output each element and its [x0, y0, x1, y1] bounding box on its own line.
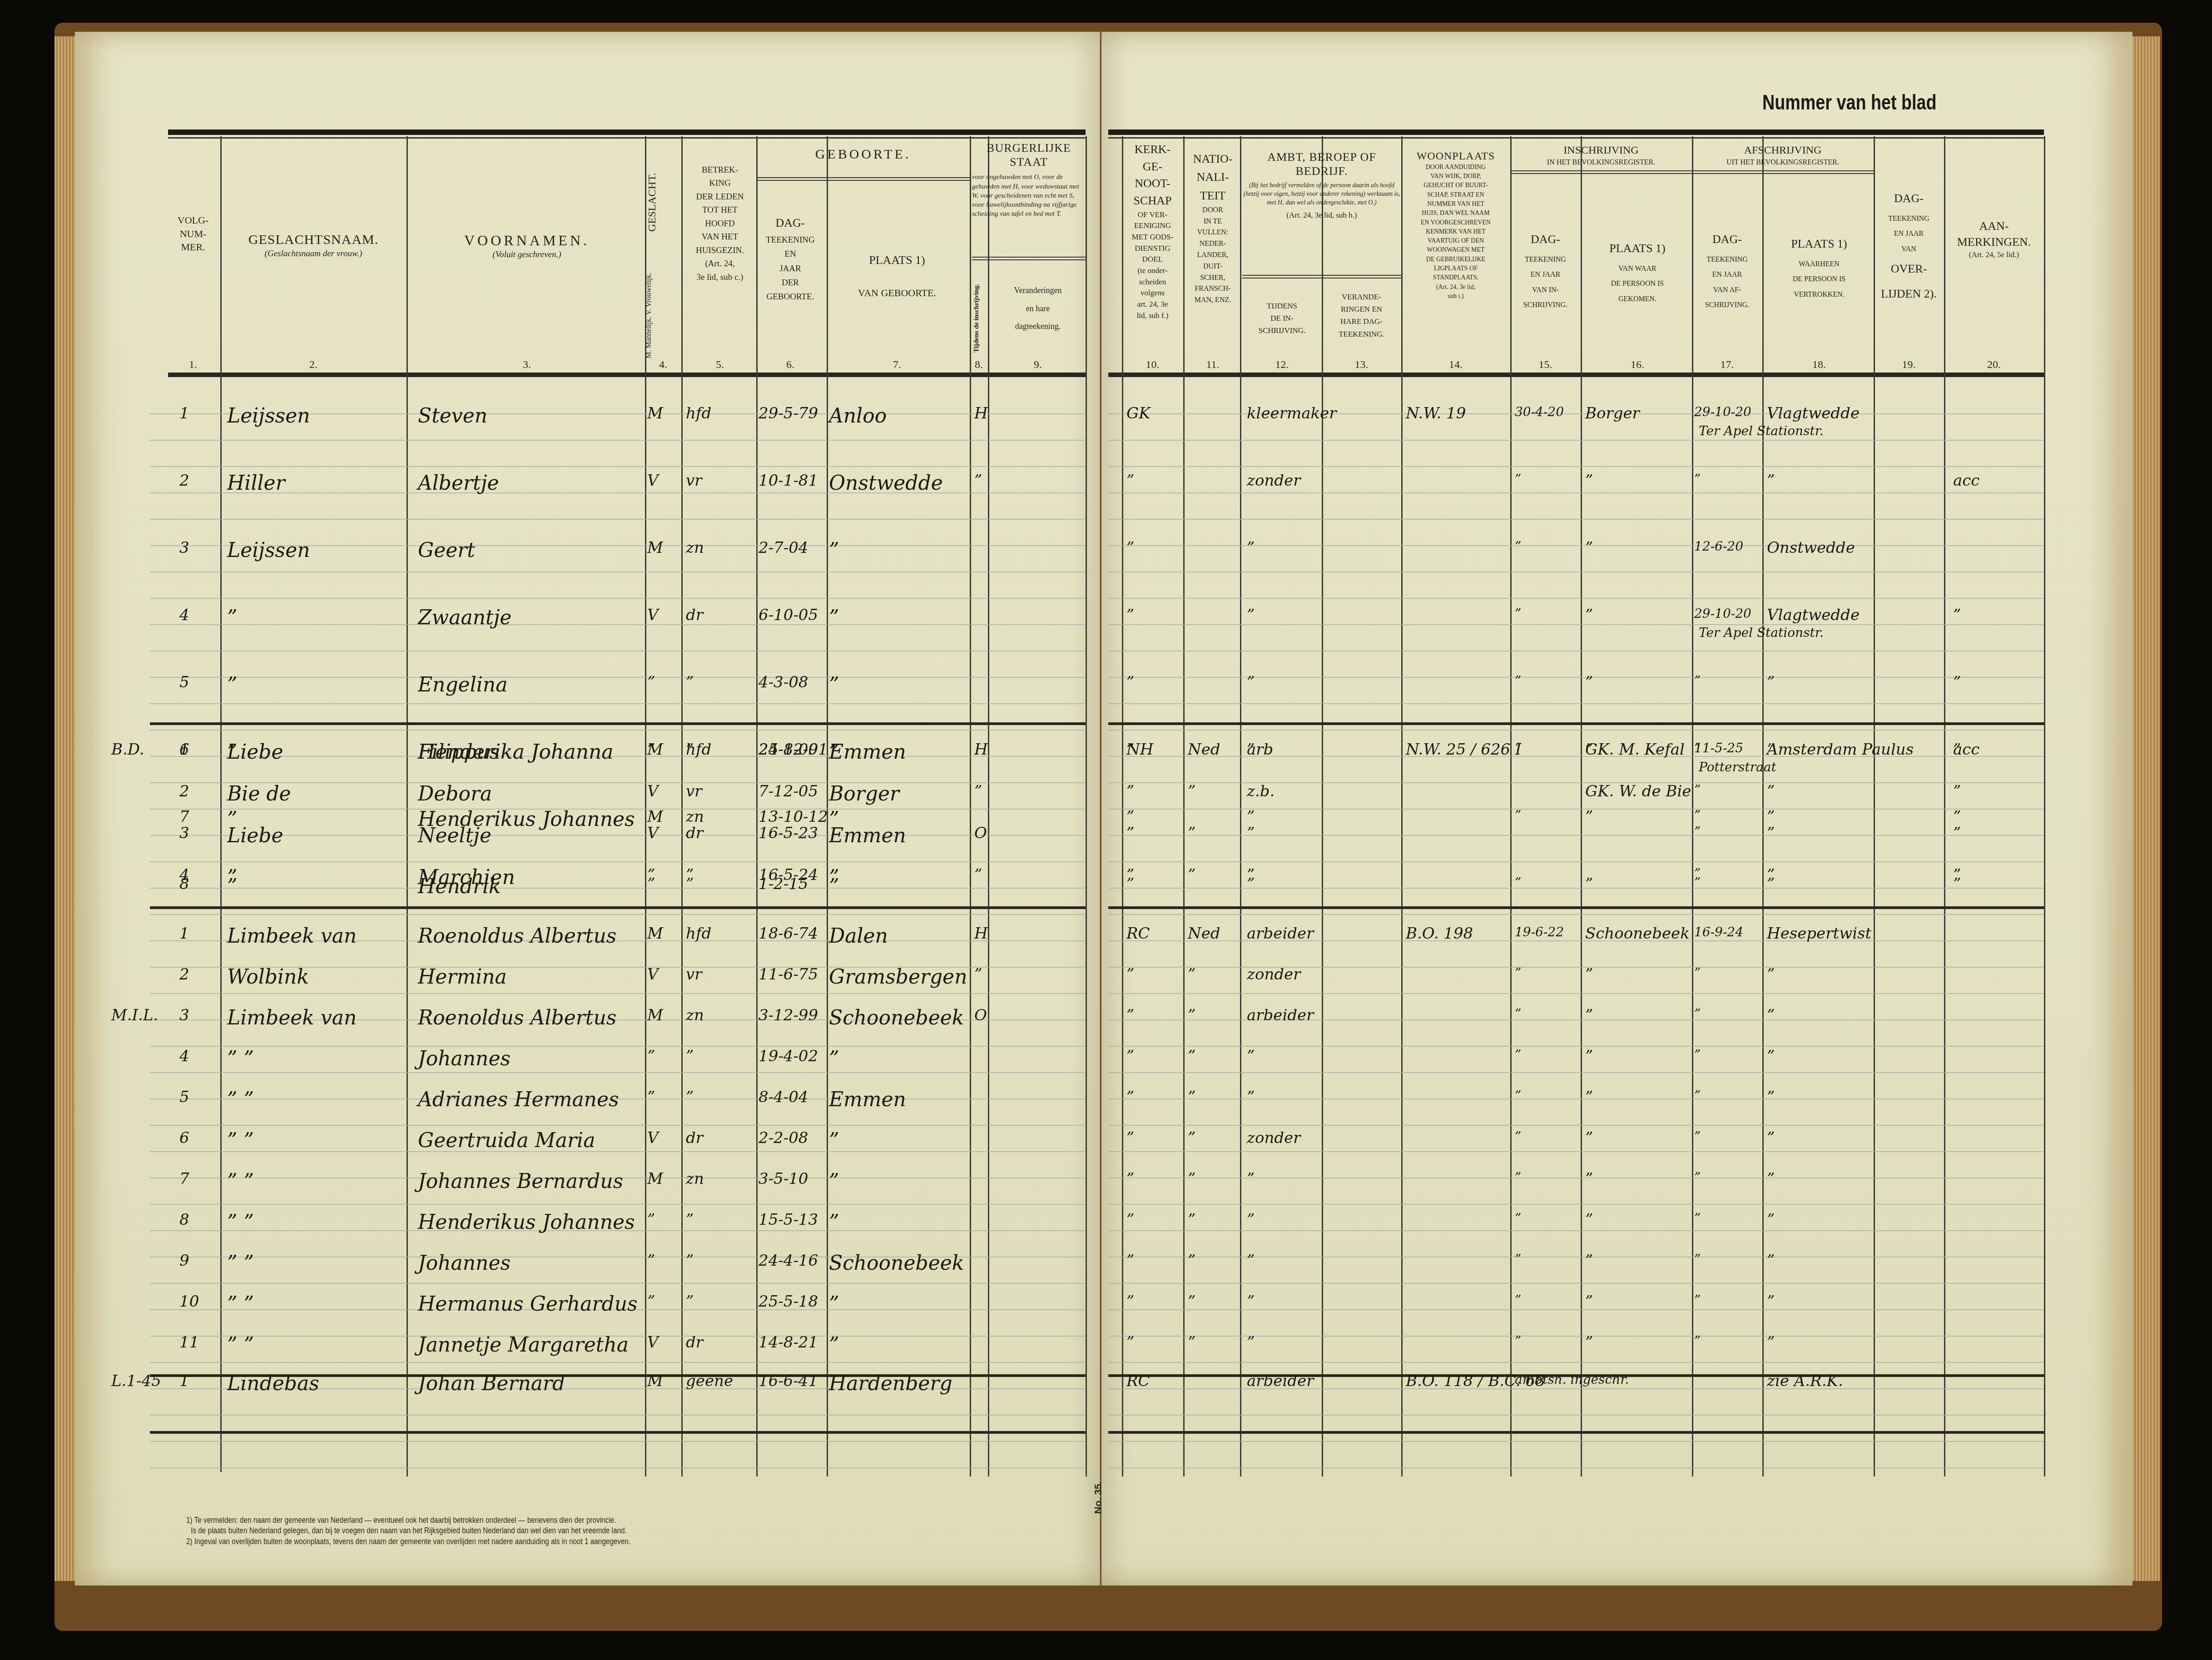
col-header-volgnummer: VOLG-NUM-MER. [168, 214, 218, 254]
entry-address: N.W. 19 [1406, 404, 1466, 422]
entry-church: ” [1126, 673, 1134, 691]
entry-out-to: ” [1767, 808, 1775, 826]
entry-nat: ” [1188, 1170, 1195, 1188]
col-header-tijdens-inschrijving: Tijdens de inschrijving. [972, 282, 987, 354]
entry-nat: Ned [1188, 924, 1220, 943]
ruling-line [1108, 598, 2044, 599]
col-header-inschrijving-plaats: PLAATS 1)VAN WAARDE PERSOON ISGEKOMEN. [1583, 236, 1692, 307]
entry-remarks: acc [1953, 472, 1979, 490]
entry-place: Emmen [829, 824, 906, 847]
column-number-c4: 4. [645, 359, 681, 371]
col-header-veranderingen: Veranderingenen haredagteekening. [990, 282, 1086, 336]
entry-born: 6-10-05 [759, 606, 818, 624]
entry-church: ” [1126, 1292, 1134, 1311]
ruling-line [1108, 1204, 2044, 1205]
col-header-geboorte-datum: DAG-TEEKENINGENJAARDERGEBOORTE. [756, 214, 824, 304]
entry-rel: dr [686, 1129, 703, 1147]
entry-rel: ” [686, 673, 694, 691]
ruling-line [1108, 730, 2044, 731]
entry-place: Borger [829, 782, 899, 805]
ruling-line [150, 1125, 1086, 1126]
column-divider [1401, 136, 1403, 1476]
entry-out-to: ” [1767, 472, 1775, 490]
entry-nr: 5 [179, 1088, 189, 1106]
entry-given: Johannes Bernardus [418, 1170, 623, 1193]
group-header-afschrijving: AFSCHRIJVING UIT HET BEVOLKINGSREGISTER. [1692, 143, 1874, 168]
column-divider [1510, 136, 1512, 1476]
entry-out-to: ” [1767, 1211, 1775, 1229]
entry-church: ” [1126, 1047, 1134, 1065]
entry-out-date: ” [1694, 1333, 1701, 1348]
entry-surname: ” ” [227, 1047, 254, 1070]
entry-born: 13-10-12 [759, 808, 828, 826]
entry-out-date: ” [1694, 965, 1701, 980]
entry-sex: M [647, 1170, 663, 1188]
entry-out-date: ” [1694, 1088, 1701, 1103]
entry-civil: ” [974, 965, 982, 984]
household-separator [1108, 1431, 2044, 1434]
entry-nr: 11 [179, 1333, 199, 1352]
column-number-c2: 2. [223, 359, 404, 371]
entry-given: Debora [418, 782, 492, 805]
sheet-number-label: Nummer van het blad [1762, 90, 1937, 114]
household-separator [150, 722, 1086, 725]
entry-church: ” [1126, 1211, 1134, 1229]
entry-church: ” [1126, 866, 1134, 884]
entry-church: ” [1126, 472, 1134, 490]
entry-remarks: ” [1953, 808, 1961, 826]
entry-place: ” [829, 1129, 839, 1152]
column-number-c1: 1. [168, 359, 218, 371]
ruling-line [150, 677, 1086, 678]
entry-given: Marchien [418, 866, 515, 889]
entry-given: Albertje [418, 472, 499, 495]
entry-in-from: ” [1585, 1211, 1593, 1229]
entry-church: ” [1126, 1333, 1134, 1352]
entry-rel: vr [686, 472, 702, 490]
entry-out-date: 12-6-20 [1694, 539, 1743, 554]
entry-nr: 3 [179, 824, 189, 842]
entry-job: ” [1247, 866, 1255, 884]
entry-nr: 1 [179, 924, 189, 943]
ruling-line [150, 519, 1086, 520]
entry-place: ” [829, 1211, 839, 1234]
entry-in-date: ” [1515, 673, 1521, 688]
entry-born: 3-5-10 [759, 1170, 808, 1188]
entry-church: ” [1126, 808, 1134, 826]
ruling-line [150, 888, 1086, 889]
group-header-ambt-beroep: AMBT, BEROEP OF BEDRIJF. (Bij het bedrij… [1242, 150, 1401, 221]
entry-nr: 2 [179, 965, 189, 984]
entry-rel: dr [686, 824, 703, 842]
col-header-geslachtsnaam: GESLACHTSNAAM. (Geslachtsnaam der vrouw.… [223, 232, 404, 260]
col-header-overlijden: DAG-TEEKENINGEN JAARVANOVER-LIJDEN 2). [1874, 186, 1944, 307]
entry-job: ” [1247, 1211, 1255, 1229]
column-divider [1762, 136, 1764, 1476]
entry-out-to: Vlagtwedde [1767, 606, 1860, 624]
ruling-line [1108, 1151, 2044, 1152]
entry-in-from: ” [1585, 472, 1593, 490]
entry-civil: H [974, 741, 988, 759]
column-number-c3: 3. [409, 359, 645, 371]
entry-sex: ” [647, 866, 655, 884]
column-divider [1086, 136, 1087, 1476]
column-divider [1240, 136, 1241, 1476]
entry-nr: 1 [179, 741, 189, 759]
column-divider [1183, 136, 1185, 1476]
column-number-c9: 9. [990, 359, 1086, 371]
entry-sex: V [647, 1333, 659, 1352]
entry-out-to: ” [1767, 824, 1775, 842]
entry-born: 19-4-02 [759, 1047, 818, 1065]
ruling-line [1108, 993, 2044, 994]
entry-church: ” [1126, 1129, 1134, 1147]
col-header-aanmerkingen: AAN-MERKINGEN.(Art. 24, 5e lid.) [1944, 218, 2044, 260]
entry-born: 25-12-01 [759, 741, 828, 759]
entry-job: ” [1247, 1088, 1255, 1106]
entry-church: RC [1126, 1372, 1150, 1390]
entry-nr: 2 [179, 782, 189, 800]
entry-out-date: ” [1694, 1252, 1701, 1267]
entry-in-from: Schoonebeek [1585, 924, 1690, 943]
entry-surname: Limbeek van [227, 1006, 357, 1029]
entry-in-date: ” [1515, 539, 1521, 554]
column-divider [1874, 136, 1875, 1476]
entry-job: ” [1247, 1252, 1255, 1270]
entry-nr: 9 [179, 1252, 189, 1270]
entry-sex: M [647, 404, 663, 422]
ruling-line [150, 861, 1086, 862]
ruling-line [150, 703, 1086, 704]
entry-rel: hfd [686, 741, 711, 759]
column-number-c6: 6. [756, 359, 824, 371]
column-divider [970, 136, 971, 1476]
entry-out-date: ” [1694, 808, 1701, 823]
entry-out-date: ” [1694, 472, 1701, 487]
entry-sex: V [647, 782, 659, 800]
entry-given: Johan Bernard [418, 1372, 565, 1395]
entry-church: ” [1126, 782, 1134, 800]
ruling-line [150, 624, 1086, 625]
entry-out-to: zie A.R.K. [1767, 1372, 1843, 1390]
entry-rel: hfd [686, 924, 711, 943]
entry-given: Steven [418, 404, 487, 427]
entry-surname: ” [227, 673, 238, 696]
entry-surname: ” ” [227, 1170, 254, 1193]
entry-church: ” [1126, 1170, 1134, 1188]
column-number-c8: 8. [970, 359, 988, 371]
entry-in-from: GK. M. Kefal [1585, 741, 1685, 759]
entry-sex: V [647, 1129, 659, 1147]
page-edge-left [55, 36, 75, 1581]
entry-rel: dr [686, 606, 703, 624]
entry-job: arb [1247, 741, 1273, 759]
column-number-c10: 10. [1122, 359, 1183, 371]
entry-place: ” [829, 673, 839, 696]
entry-surname: ” ” [227, 1292, 254, 1316]
entry-sex: M [647, 924, 663, 943]
footnotes: 1) Te vermelden: den naam der gemeente v… [186, 1515, 630, 1547]
entry-remarks: acc [1953, 741, 1979, 759]
column-number-c11: 11. [1185, 359, 1240, 371]
entry-rel: ” [686, 1292, 694, 1311]
entry-out-date: ” [1694, 1292, 1701, 1307]
entry-in-from: ” [1585, 1333, 1593, 1352]
col-header-geslacht: GESLACHT. [645, 154, 659, 250]
entry-place: Hardenberg [829, 1372, 952, 1395]
entry-surname: ” ” [227, 1211, 254, 1234]
entry-out-date: 29-10-20 [1694, 404, 1751, 419]
column-number-c5: 5. [684, 359, 756, 371]
entry-rel: zn [686, 808, 704, 826]
column-divider [1581, 136, 1582, 1476]
col-header-betrekking: BETREK-KINGDER LEDENTOT HETHOOFDVAN HETH… [684, 164, 756, 284]
entry-sex: ” [647, 673, 655, 691]
entry-job: ” [1247, 606, 1255, 624]
entry-surname: ” ” [227, 1129, 254, 1152]
ruling-line [150, 1204, 1086, 1205]
entry-rel: ” [686, 1088, 694, 1106]
page-edge-right [2133, 36, 2160, 1581]
entry-sex: ” [647, 1252, 655, 1270]
column-number-c7: 7. [827, 359, 967, 371]
entry-born: 15-5-13 [759, 1211, 818, 1229]
entry-out-to: ” [1767, 1088, 1775, 1106]
entry-in-from: ” [1585, 1252, 1593, 1270]
entry-church: GK [1126, 404, 1151, 422]
entry-out-date: ” [1694, 1047, 1701, 1062]
burgerlijke-subrule [972, 257, 1086, 260]
ruling-line [150, 598, 1086, 599]
household-margin-code: M.I.L. [111, 1006, 158, 1024]
entry-place: ” [829, 866, 839, 889]
entry-in-date: ” [1515, 1088, 1521, 1103]
entry-born: 14-8-21 [759, 1333, 818, 1352]
entry-job: ” [1247, 1170, 1255, 1188]
ruling-line [1108, 914, 2044, 915]
col-header-woonplaats: WOONPLAATS DOOR AANDUIDINGVAN WIJK, DORP… [1401, 150, 1510, 301]
entry-in-from: ” [1585, 1292, 1593, 1311]
entry-sex: V [647, 824, 659, 842]
entry-given: Geertruida Maria [418, 1129, 595, 1152]
entry-born: 18-6-74 [759, 924, 818, 943]
entry-civil: ” [974, 866, 982, 884]
ruling-line [150, 651, 1086, 651]
entry-given: Filippus [418, 741, 500, 764]
entry-in-from: ” [1585, 1088, 1593, 1106]
entry-place: ” [829, 539, 839, 562]
entry-out-to: Vlagtwedde [1767, 404, 1860, 422]
entry-born: 16-6-41 [759, 1372, 818, 1390]
entry-job: ” [1247, 1047, 1255, 1065]
entry-surname: Liebe [227, 741, 283, 764]
ruling-line [150, 572, 1086, 572]
entry-nat: ” [1188, 1129, 1195, 1147]
entry-surname: ” [227, 606, 238, 629]
household-separator [150, 1431, 1086, 1434]
col-header-ambt-veranderingen: VERANDE-RINGEN ENHARE DAG-TEEKENING. [1322, 291, 1401, 340]
ruling-line [1108, 1362, 2044, 1363]
entry-place: Anloo [829, 404, 887, 427]
entry-sex: M [647, 808, 663, 826]
entry-surname: Hiller [227, 472, 285, 495]
entry-in-date: ambtsh. ingeschr. [1515, 1372, 1629, 1387]
entry-out-to: ” [1767, 1129, 1775, 1147]
entry-born: 16-5-23 [759, 824, 818, 842]
entry-given: Zwaantje [418, 606, 511, 629]
entry-rel: zn [686, 1170, 704, 1188]
entry-out-to: Onstwedde [1767, 539, 1855, 557]
ruling-line [150, 1467, 1086, 1468]
entry-civil: H [974, 924, 988, 943]
entry-civil: ” [974, 782, 982, 800]
entry-sex: M [647, 1372, 663, 1390]
entry-out-date: 11-5-25 [1694, 741, 1743, 755]
entry-born: 10-1-81 [759, 472, 818, 490]
entry-in-from: ” [1585, 808, 1593, 826]
entry-nr: 3 [179, 539, 189, 557]
entry-civil: ” [974, 472, 982, 490]
entry-out-to: ” [1767, 1170, 1775, 1188]
entry-job: kleermaker [1247, 404, 1336, 422]
entry-sex: M [647, 741, 663, 759]
entry-church: ” [1126, 824, 1134, 842]
entry-in-date: ” [1515, 1211, 1521, 1226]
ruling-line [1108, 466, 2044, 467]
ruling-line [1108, 1441, 2044, 1442]
entry-nat: ” [1188, 824, 1195, 842]
entry-surname: ” [227, 866, 238, 889]
entry-out-to: Hesepertwist [1767, 924, 1871, 943]
col-header-geboorte-plaats: PLAATS 1)VAN GEBOORTE. [827, 252, 967, 300]
entry-out-to: ” [1767, 1252, 1775, 1270]
header-top-rule-left [168, 129, 1086, 135]
entry-surname: Wolbink [227, 965, 309, 989]
entry-nr: 1 [179, 1372, 189, 1390]
entry-given: Hermanus Gerhardus [418, 1292, 638, 1316]
ruling-line [150, 1362, 1086, 1363]
entry-address: N.W. 25 / 626 I [1406, 741, 1521, 759]
entry-job: arbeider [1247, 1006, 1314, 1024]
geboorte-subrule [756, 177, 970, 181]
inschrijving-subrule [1510, 170, 1692, 174]
entry-nat: ” [1188, 866, 1195, 884]
col-header-afschrijving-plaats: PLAATS 1)WAARHEENDE PERSOON ISVERTROKKEN… [1765, 232, 1874, 302]
entry-given: Johannes [418, 1047, 511, 1070]
entry-civil: H [974, 404, 988, 422]
ruling-line [1108, 651, 2044, 651]
entry-rel: ” [686, 1047, 694, 1065]
entry-nr: 5 [179, 673, 189, 691]
entry-nr: 7 [179, 808, 189, 826]
entry-in-from: ” [1585, 1047, 1593, 1065]
column-divider [756, 136, 758, 1476]
entry-in-from: Borger [1585, 404, 1640, 422]
entry-job: ” [1247, 808, 1255, 826]
ruling-line [1108, 1467, 2044, 1468]
ruling-line [1108, 519, 2044, 520]
entry-nat: ” [1188, 1252, 1195, 1270]
column-divider [220, 136, 222, 1472]
ruling-line [150, 756, 1086, 757]
ruling-line [1108, 1283, 2044, 1284]
col-header-afschrijving-datum: DAG-TEEKENINGEN JAARVAN AF-SCHRIJVING. [1692, 227, 1762, 313]
entry-job: z.b. [1247, 782, 1275, 800]
household-margin-code: B.D. [111, 741, 144, 759]
entry-remarks: ” [1953, 824, 1961, 842]
entry-in-date: ” [1515, 965, 1521, 980]
entry-place: ” [829, 606, 839, 629]
entry-rel: zn [686, 1006, 704, 1024]
ruling-line [150, 1283, 1086, 1284]
entry-rel: ” [686, 1211, 694, 1229]
entry-sex: V [647, 606, 659, 624]
entry-church: ” [1126, 606, 1134, 624]
entry-surname: Leijssen [227, 404, 310, 427]
entry-in-date: ” [1515, 1170, 1521, 1185]
entry-job: arbeider [1247, 924, 1314, 943]
entry-in-from: ” [1585, 1129, 1593, 1147]
ruling-line [1108, 703, 2044, 704]
entry-given: Johannes [418, 1252, 511, 1275]
entry-born: 25-5-18 [759, 1292, 818, 1311]
entry-nat: ” [1188, 1211, 1195, 1229]
entry-out-to: ” [1767, 1006, 1775, 1024]
entry-out-date: ” [1694, 824, 1701, 839]
entry-given: Adrianes Hermanes [418, 1088, 619, 1111]
entry-surname: Leijssen [227, 539, 310, 562]
entry-surname: Liebe [227, 824, 283, 847]
entry-in-date: ” [1515, 1333, 1521, 1348]
column-number-c15: 15. [1510, 359, 1581, 371]
ruling-line [1108, 492, 2044, 493]
household-separator [1108, 722, 2044, 725]
entry-born: 3-12-99 [759, 1006, 818, 1024]
entry-remarks: ” [1953, 673, 1961, 691]
entry-given: Jannetje Margaretha [418, 1333, 629, 1357]
entry-sex: ” [647, 1047, 655, 1065]
column-divider [1944, 136, 1945, 1476]
entry-place: Onstwedde [829, 472, 943, 495]
entry-given: Hermina [418, 965, 507, 989]
entry-rel: ” [686, 1252, 694, 1270]
entry-in-from: ” [1585, 673, 1593, 691]
entry-place: Schoonebeek [829, 1252, 964, 1275]
entry-nat: ” [1188, 965, 1195, 984]
entry-rel: hfd [686, 404, 711, 422]
entry-nr: 3 [179, 1006, 189, 1024]
entry-in-date: 19-6-22 [1515, 924, 1564, 939]
header-top-rule-right-thin [1108, 137, 2044, 139]
household-separator [1108, 906, 2044, 909]
entry-in-date: ” [1515, 1292, 1521, 1307]
entry-nat: ” [1188, 1333, 1195, 1352]
entry-rel: zn [686, 539, 704, 557]
page-number-stamp: No. 35. [1092, 1481, 1104, 1514]
entry-in-from: GK. W. de Bie [1585, 782, 1691, 800]
entry-in-date: 30-4-20 [1515, 404, 1564, 419]
entry-nr: 2 [179, 472, 189, 490]
entry-church: RC [1126, 924, 1150, 943]
entry-job: ” [1247, 824, 1255, 842]
entry-place: ” [829, 1170, 839, 1193]
entry-out-to: ” [1767, 866, 1775, 884]
entry-job: ” [1247, 1333, 1255, 1352]
ruling-line [150, 492, 1086, 493]
entry-sex: V [647, 472, 659, 490]
entry-out-date: 16-9-24 [1694, 924, 1743, 939]
entry-job: arbeider [1247, 1372, 1314, 1390]
